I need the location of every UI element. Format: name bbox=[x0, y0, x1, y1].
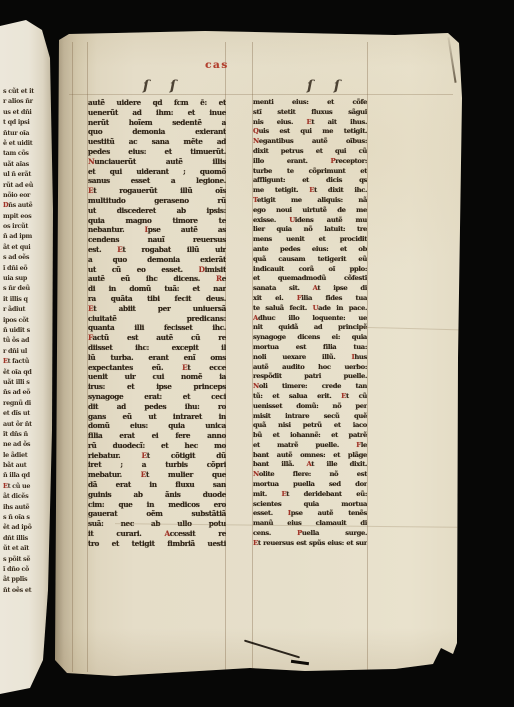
text-line: autẽ audito hoc uerbo: bbox=[253, 363, 367, 373]
text-line: indicauit corã oĩ pplo: bbox=[253, 265, 367, 275]
text-line: autẽ uidere qd fcm ē: et bbox=[88, 98, 226, 108]
text-line: quã nisi petrũ et iaco bbox=[253, 421, 367, 431]
text-line: ñs ad eõ bbox=[3, 387, 51, 397]
text-line: Factũ est autẽ cũ re bbox=[88, 333, 226, 343]
text-line: Noli timere: crede tan bbox=[253, 382, 367, 392]
text-line: nerũt hoĩem sedentẽ a bbox=[88, 118, 226, 128]
facing-page-text: s cũt et itr alios ñrus et dñit qd ipsiñ… bbox=[3, 86, 51, 600]
text-line: Et rogauerũt illũ oĩs bbox=[88, 186, 226, 196]
text-line: scientes quia mortua bbox=[253, 500, 367, 510]
text-line: os ircũt bbox=[3, 221, 51, 231]
text-line: dã erat in fluxu san bbox=[88, 480, 226, 490]
text-line: bũ et iohannẽ: et patrẽ bbox=[253, 431, 367, 441]
text-line: gauerat oẽm substãtiã bbox=[88, 509, 226, 519]
text-column-right: menti eius: et cõfestĩ stetit fluxus sãg… bbox=[253, 98, 367, 549]
text-line: me tetigit. Et dixit ihc. bbox=[253, 186, 367, 196]
text-line: te saluã fecit. Uade in pace. bbox=[253, 304, 367, 314]
text-line: Quis est qui me tetigit. bbox=[253, 127, 367, 137]
text-line: quia magno timore te bbox=[88, 216, 226, 226]
text-line: filia erat ei fere anno bbox=[88, 431, 226, 441]
text-line: sanus esset a legione. bbox=[88, 176, 226, 186]
text-line: ne ad õs bbox=[3, 439, 51, 449]
text-line: Negantibus autẽ oĩbus: bbox=[253, 137, 367, 147]
text-line: dit ad pedes ihu: ro bbox=[88, 402, 226, 412]
text-line: dñt illis bbox=[3, 533, 51, 543]
text-line: r dñi ul bbox=[3, 346, 51, 356]
text-line: sanata sit. At ipse di bbox=[253, 284, 367, 294]
text-line: expectantes eũ. Et ecce bbox=[88, 363, 226, 373]
text-line: r ãdiut bbox=[3, 304, 51, 314]
text-line: lier quia nõ latuit: tre bbox=[253, 225, 367, 235]
text-line: Tetigit me aliquis: nã bbox=[253, 196, 367, 206]
text-line: uenisset domũ: nõ per bbox=[253, 402, 367, 412]
text-line: ĩ dño cõ bbox=[3, 564, 51, 574]
text-line: est. Et rogabat illũ uir bbox=[88, 245, 226, 255]
text-line: iret ; a turbis cõpri bbox=[88, 460, 226, 470]
ascender-flourish: ſ ſ bbox=[307, 78, 348, 94]
text-line: Et cũ ue bbox=[3, 481, 51, 491]
running-title: cas bbox=[205, 59, 251, 71]
text-line: Nolite flere: nõ est bbox=[253, 470, 367, 480]
text-line: menti eius: et cõfe bbox=[253, 98, 367, 108]
text-line: s põit sẽ bbox=[3, 554, 51, 564]
text-line: Dñs autẽ bbox=[3, 200, 51, 210]
text-line: s cũt et it bbox=[3, 86, 51, 96]
text-line: nõio eor bbox=[3, 190, 51, 200]
text-line: ẽt ad ipõ bbox=[3, 522, 51, 532]
text-line: Et abiit per uniuersã bbox=[88, 304, 226, 314]
facing-page-edge: s cũt et itr alios ñrus et dñit qd ipsiñ… bbox=[0, 10, 58, 694]
text-line: Et factũ bbox=[3, 356, 51, 366]
text-line: tam cõs bbox=[3, 148, 51, 158]
ruling-line bbox=[72, 42, 73, 672]
text-line: mortua est filia tua: bbox=[253, 343, 367, 353]
ascender-flourish: ſ ſ bbox=[143, 78, 184, 94]
text-line: ut discederet ab ipsis: bbox=[88, 206, 226, 216]
text-line: le ãdiet bbox=[3, 450, 51, 460]
text-line: ñt oẽs et bbox=[3, 585, 51, 595]
ruling-line bbox=[69, 94, 453, 95]
text-line: ihs autẽ bbox=[3, 502, 51, 512]
text-line: synagoge erat: et ceci bbox=[88, 392, 226, 402]
text-line: lũ turba. erant enĩ oms bbox=[88, 353, 226, 363]
text-line: quanta illi fecisset ihc. bbox=[88, 323, 226, 333]
text-line: cendens nauĩ reuersus bbox=[88, 235, 226, 245]
text-line: mebatur. Et mulier que bbox=[88, 470, 226, 480]
text-line: dixit petrus et qui cũ bbox=[253, 147, 367, 157]
text-line: t qd ipsi bbox=[3, 117, 51, 127]
text-line: illo erant. Preceptor: bbox=[253, 157, 367, 167]
text-line: ñ uidit s bbox=[3, 325, 51, 335]
text-line: ciuitatẽ predicans: bbox=[88, 314, 226, 324]
text-line: s ñ oĩa s bbox=[3, 512, 51, 522]
text-line: nit quidã ad principẽ bbox=[253, 323, 367, 333]
text-line: uãt aĩas bbox=[3, 159, 51, 169]
parchment-crease bbox=[355, 327, 461, 331]
text-line: synagoge dicens ei: quia bbox=[253, 333, 367, 343]
corner-crease bbox=[447, 37, 456, 83]
text-line: tũ õs ad bbox=[3, 335, 51, 345]
text-line: ũt et aĩt bbox=[3, 543, 51, 553]
text-line: uia sup bbox=[3, 273, 51, 283]
text-line: nebantur. Ipse autẽ as bbox=[88, 225, 226, 235]
text-line: diisset ihc: excepit il bbox=[88, 343, 226, 353]
text-column-left: autẽ uidere qd fcm ē: etuenerũt ad ihm: … bbox=[88, 98, 226, 549]
text-line: ego noui uirtutẽ de me bbox=[253, 206, 367, 216]
text-line: di in domũ tuã: et nar bbox=[88, 284, 226, 294]
text-line: rũ duodecĩ: et hec mo bbox=[88, 441, 226, 451]
text-line: ãt pplĩs bbox=[3, 574, 51, 584]
ruling-line bbox=[367, 42, 368, 672]
text-line: misit intrare secũ quẽ bbox=[253, 412, 367, 422]
text-line: esset. Ipse autẽ tenẽs bbox=[253, 509, 367, 519]
text-line: ẽt oĩa qd bbox=[3, 367, 51, 377]
text-line: pedes eius: et timuerũt. bbox=[88, 147, 226, 157]
text-line: ante pedes eius: et ob bbox=[253, 245, 367, 255]
text-line: aut õr ñt bbox=[3, 419, 51, 429]
text-line: ra quãta tibi fecit deus. bbox=[88, 294, 226, 304]
manuscript-page: cas ſ ſ ſ ſ autẽ uidere qd fcm ē: etuene… bbox=[55, 28, 467, 680]
text-line: mpit eos bbox=[3, 211, 51, 221]
text-line: domũ eius: quia unica bbox=[88, 421, 226, 431]
text-line: noli uexare illũ. Ihus bbox=[253, 353, 367, 363]
text-line: us et dñi bbox=[3, 107, 51, 117]
text-line: affligunt: et dicis qs bbox=[253, 176, 367, 186]
text-line: uenit uir cui nomẽ ia bbox=[88, 372, 226, 382]
text-line: ñtur oĩa bbox=[3, 128, 51, 138]
text-line: xit ei. Filia fides tua bbox=[253, 294, 367, 304]
text-line: et quemadmodũ cõfestĩ bbox=[253, 274, 367, 284]
text-line: mit. Et deridebant eũ: bbox=[253, 490, 367, 500]
text-line: a quo demonia exierãt bbox=[88, 255, 226, 265]
text-line: it illis q bbox=[3, 294, 51, 304]
text-line: exisse. Uidens autẽ mu bbox=[253, 216, 367, 226]
text-line: it curari. Accessit re bbox=[88, 529, 226, 539]
text-line: Et reuersus est spũs eius: et sur bbox=[253, 539, 367, 549]
text-line: mens uenit et procidit bbox=[253, 235, 367, 245]
text-line: s ñr deũ bbox=[3, 283, 51, 293]
text-line: respõdit patri puelle. bbox=[253, 372, 367, 382]
text-line: rũt ad eũ bbox=[3, 180, 51, 190]
text-line: ẽ et uidit bbox=[3, 138, 51, 148]
text-line: Adhuc illo loquente: ue bbox=[253, 314, 367, 324]
text-line: riebatur. Et cõtigit dũ bbox=[88, 451, 226, 461]
text-line: cens. Puella surge. bbox=[253, 529, 367, 539]
text-line: cim: que in medicos ero bbox=[88, 500, 226, 510]
text-line: tũ: et salua erit. Et cũ bbox=[253, 392, 367, 402]
text-line: ãt et qui bbox=[3, 242, 51, 252]
text-line: uestitũ ac sana mẽte ad bbox=[88, 137, 226, 147]
text-line: et matrẽ puelle. Fle bbox=[253, 441, 367, 451]
text-line: bãt aut bbox=[3, 460, 51, 470]
text-line: ipos cõt bbox=[3, 315, 51, 325]
text-line: nis eius. Et ait ihus. bbox=[253, 118, 367, 128]
text-line: tro et tetigit fimbriã uesti bbox=[88, 539, 226, 549]
text-line: quã causam tetigerit eũ bbox=[253, 255, 367, 265]
text-line: bant autẽ omnes: et plãge bbox=[253, 451, 367, 461]
photo-background: s cũt et itr alios ñrus et dñit qd ipsiñ… bbox=[0, 0, 514, 707]
text-line: bant illã. At ille dixit. bbox=[253, 460, 367, 470]
text-line: irus: et ipse princeps bbox=[88, 382, 226, 392]
text-line: et dĩs ut bbox=[3, 408, 51, 418]
text-line: ul ñ erãt bbox=[3, 169, 51, 179]
text-line: uãt illi s bbox=[3, 377, 51, 387]
text-line: turbe te cõprimunt et bbox=[253, 167, 367, 177]
text-line: ñ illa qd bbox=[3, 470, 51, 480]
text-line: ut cũ eo esset. Dimisit bbox=[88, 265, 226, 275]
text-line: quo demonia exierant bbox=[88, 127, 226, 137]
text-line: et qui uiderant ; quomõ bbox=[88, 167, 226, 177]
text-line: ãt dicẽs bbox=[3, 491, 51, 501]
text-line: ĩ dñi eõ bbox=[3, 263, 51, 273]
text-line: regnũ di bbox=[3, 398, 51, 408]
text-line: r alios ñr bbox=[3, 96, 51, 106]
text-line: mortua puella sed dor bbox=[253, 480, 367, 490]
text-line: stĩ stetit fluxus sãgui bbox=[253, 108, 367, 118]
text-line: ĩt dñs ñ bbox=[3, 429, 51, 439]
text-line: guinis ab ãnis duode bbox=[88, 490, 226, 500]
text-line: gans eũ ut intraret in bbox=[88, 412, 226, 422]
text-line: autẽ eũ ihc dicens. Re bbox=[88, 274, 226, 284]
text-line: multitudo geraseno rũ bbox=[88, 196, 226, 206]
text-line: Nunciauerũt autẽ illis bbox=[88, 157, 226, 167]
text-line: ñ ad ipm bbox=[3, 231, 51, 241]
tear-mark bbox=[291, 660, 309, 665]
text-line: s ad oẽs bbox=[3, 252, 51, 262]
text-line: uenerũt ad ihm: et inue bbox=[88, 108, 226, 118]
